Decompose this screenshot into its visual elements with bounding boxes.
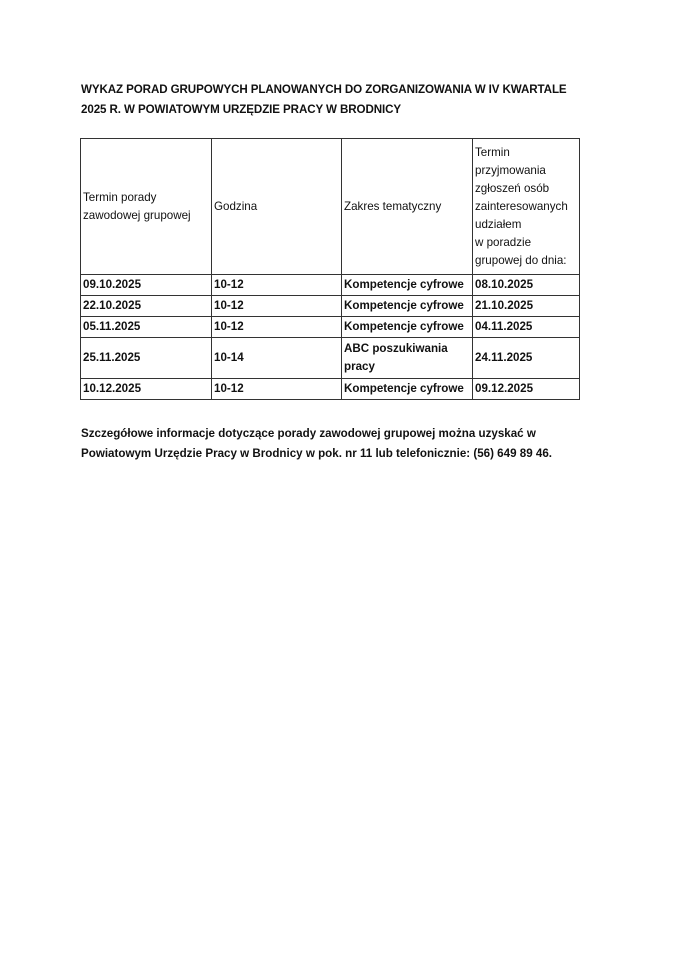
cell-topic: ABC poszukiwania pracy bbox=[342, 338, 473, 379]
header-session-date: Termin porady zawodowej grupowej bbox=[81, 139, 212, 275]
cell-hours: 10-12 bbox=[212, 275, 342, 296]
cell-hours: 10-12 bbox=[212, 296, 342, 317]
cell-deadline: 08.10.2025 bbox=[473, 275, 580, 296]
cell-deadline: 21.10.2025 bbox=[473, 296, 580, 317]
cell-date: 22.10.2025 bbox=[81, 296, 212, 317]
cell-hours: 10-12 bbox=[212, 317, 342, 338]
header-topic: Zakres tematyczny bbox=[342, 139, 473, 275]
document-title: WYKAZ PORAD GRUPOWYCH PLANOWANYCH DO ZOR… bbox=[81, 80, 611, 120]
cell-topic: Kompetencje cyfrowe bbox=[342, 317, 473, 338]
cell-date: 10.12.2025 bbox=[81, 379, 212, 400]
title-line-1: WYKAZ PORAD GRUPOWYCH PLANOWANYCH DO ZOR… bbox=[81, 80, 611, 100]
table-row: 09.10.2025 10-12 Kompetencje cyfrowe 08.… bbox=[81, 275, 580, 296]
table-row: 22.10.2025 10-12 Kompetencje cyfrowe 21.… bbox=[81, 296, 580, 317]
cell-hours: 10-12 bbox=[212, 379, 342, 400]
table-row: 10.12.2025 10-12 Kompetencje cyfrowe 09.… bbox=[81, 379, 580, 400]
cell-deadline: 24.11.2025 bbox=[473, 338, 580, 379]
cell-hours: 10-14 bbox=[212, 338, 342, 379]
info-line-1: Szczegółowe informacje dotyczące porady … bbox=[81, 424, 621, 444]
cell-date: 09.10.2025 bbox=[81, 275, 212, 296]
cell-topic: Kompetencje cyfrowe bbox=[342, 296, 473, 317]
table-row: 25.11.2025 10-14 ABC poszukiwania pracy … bbox=[81, 338, 580, 379]
cell-deadline: 04.11.2025 bbox=[473, 317, 580, 338]
cell-topic: Kompetencje cyfrowe bbox=[342, 379, 473, 400]
cell-deadline: 09.12.2025 bbox=[473, 379, 580, 400]
title-line-2: 2025 R. W POWIATOWYM URZĘDZIE PRACY W BR… bbox=[81, 100, 611, 120]
cell-topic: Kompetencje cyfrowe bbox=[342, 275, 473, 296]
table-row: 05.11.2025 10-12 Kompetencje cyfrowe 04.… bbox=[81, 317, 580, 338]
contact-info: Szczegółowe informacje dotyczące porady … bbox=[81, 424, 621, 464]
schedule-table: Termin porady zawodowej grupowej Godzina… bbox=[80, 138, 580, 400]
header-registration-deadline: Termin przyjmowania zgłoszeń osób zainte… bbox=[473, 139, 580, 275]
header-hours: Godzina bbox=[212, 139, 342, 275]
cell-date: 25.11.2025 bbox=[81, 338, 212, 379]
info-line-2: Powiatowym Urzędzie Pracy w Brodnicy w p… bbox=[81, 444, 621, 464]
cell-date: 05.11.2025 bbox=[81, 317, 212, 338]
table-header-row: Termin porady zawodowej grupowej Godzina… bbox=[81, 139, 580, 275]
